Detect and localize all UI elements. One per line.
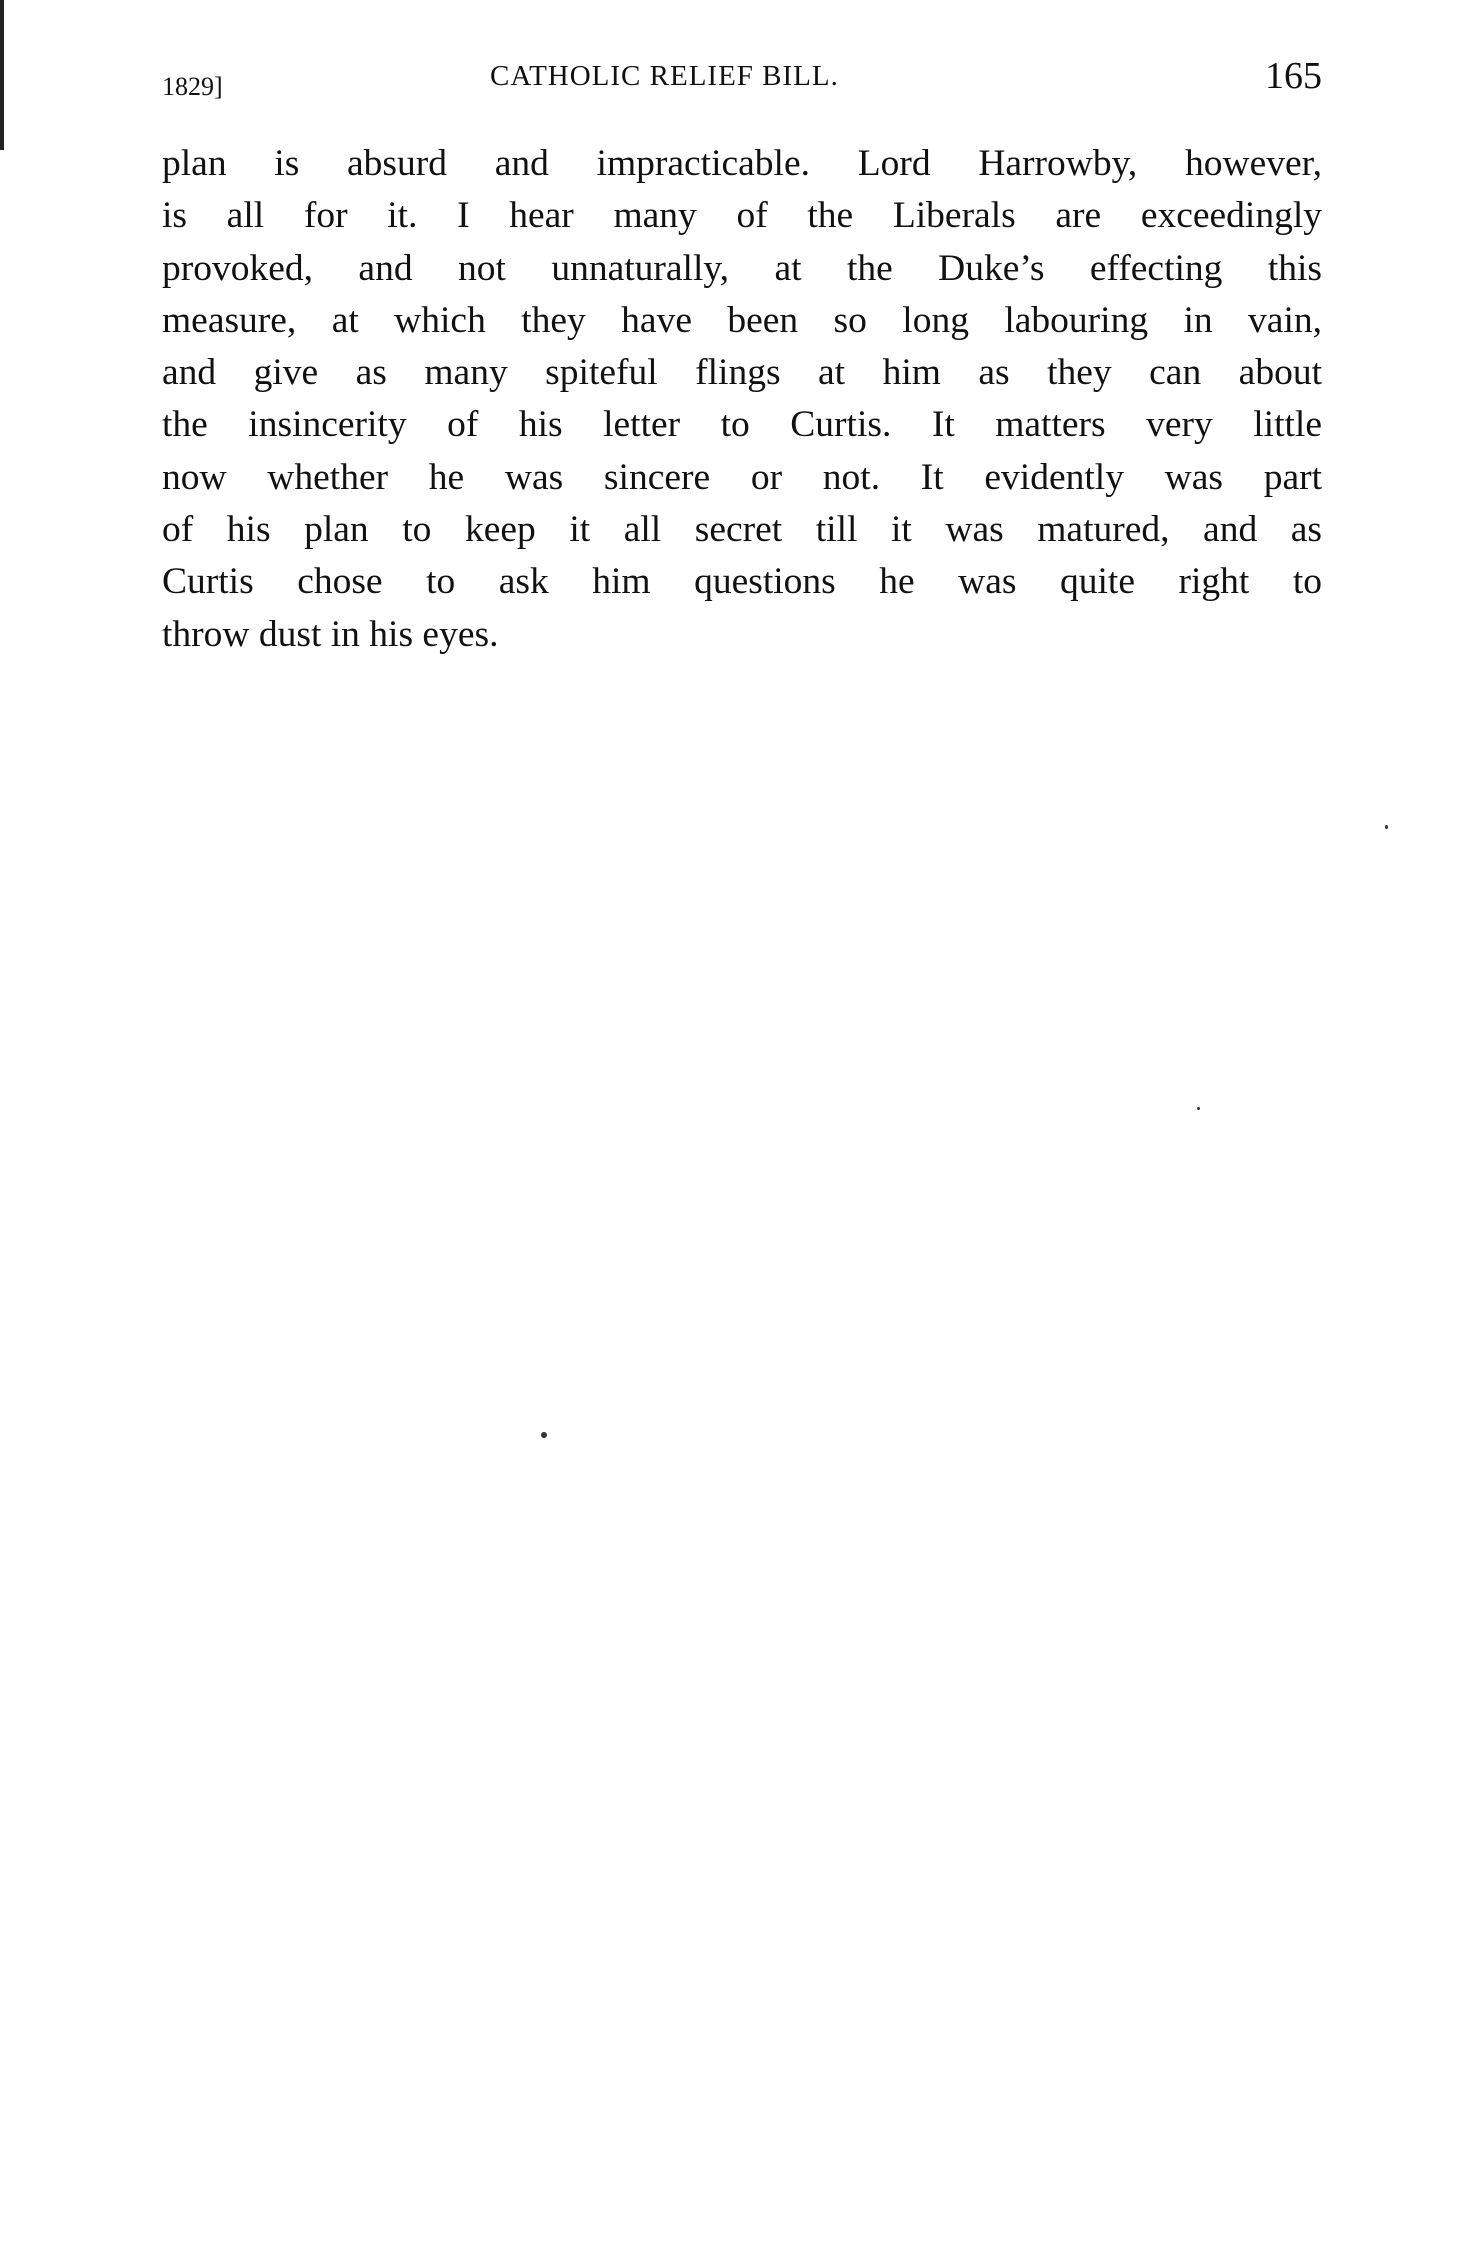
text-line: plan is absurd and impracticable. Lord H… (162, 138, 1322, 190)
page-header: 1829] CATHOLIC RELIEF BILL. 165 (162, 52, 1322, 102)
page-number: 165 (1265, 54, 1322, 98)
scan-speck (1197, 1107, 1200, 1110)
text-line: and give as many spiteful flings at him … (162, 347, 1322, 399)
text-line: Curtis chose to ask him questions he was… (162, 556, 1322, 608)
header-year: 1829] (162, 72, 223, 102)
scan-edge-artifact (0, 0, 4, 150)
text-line: now whether he was sincere or not. It ev… (162, 452, 1322, 504)
text-line: the insincerity of his letter to Curtis.… (162, 399, 1322, 451)
text-line: provoked, and not unnaturally, at the Du… (162, 243, 1322, 295)
text-line: throw dust in his eyes. (162, 609, 1322, 661)
text-line: measure, at which they have been so long… (162, 295, 1322, 347)
scan-speck (1385, 825, 1388, 829)
scan-speck (541, 1432, 547, 1438)
body-paragraph: plan is absurd and impracticable. Lord H… (162, 138, 1322, 661)
text-line: of his plan to keep it all secret till i… (162, 504, 1322, 556)
text-line: is all for it. I hear many of the Libera… (162, 190, 1322, 242)
running-title: CATHOLIC RELIEF BILL. (490, 60, 839, 93)
